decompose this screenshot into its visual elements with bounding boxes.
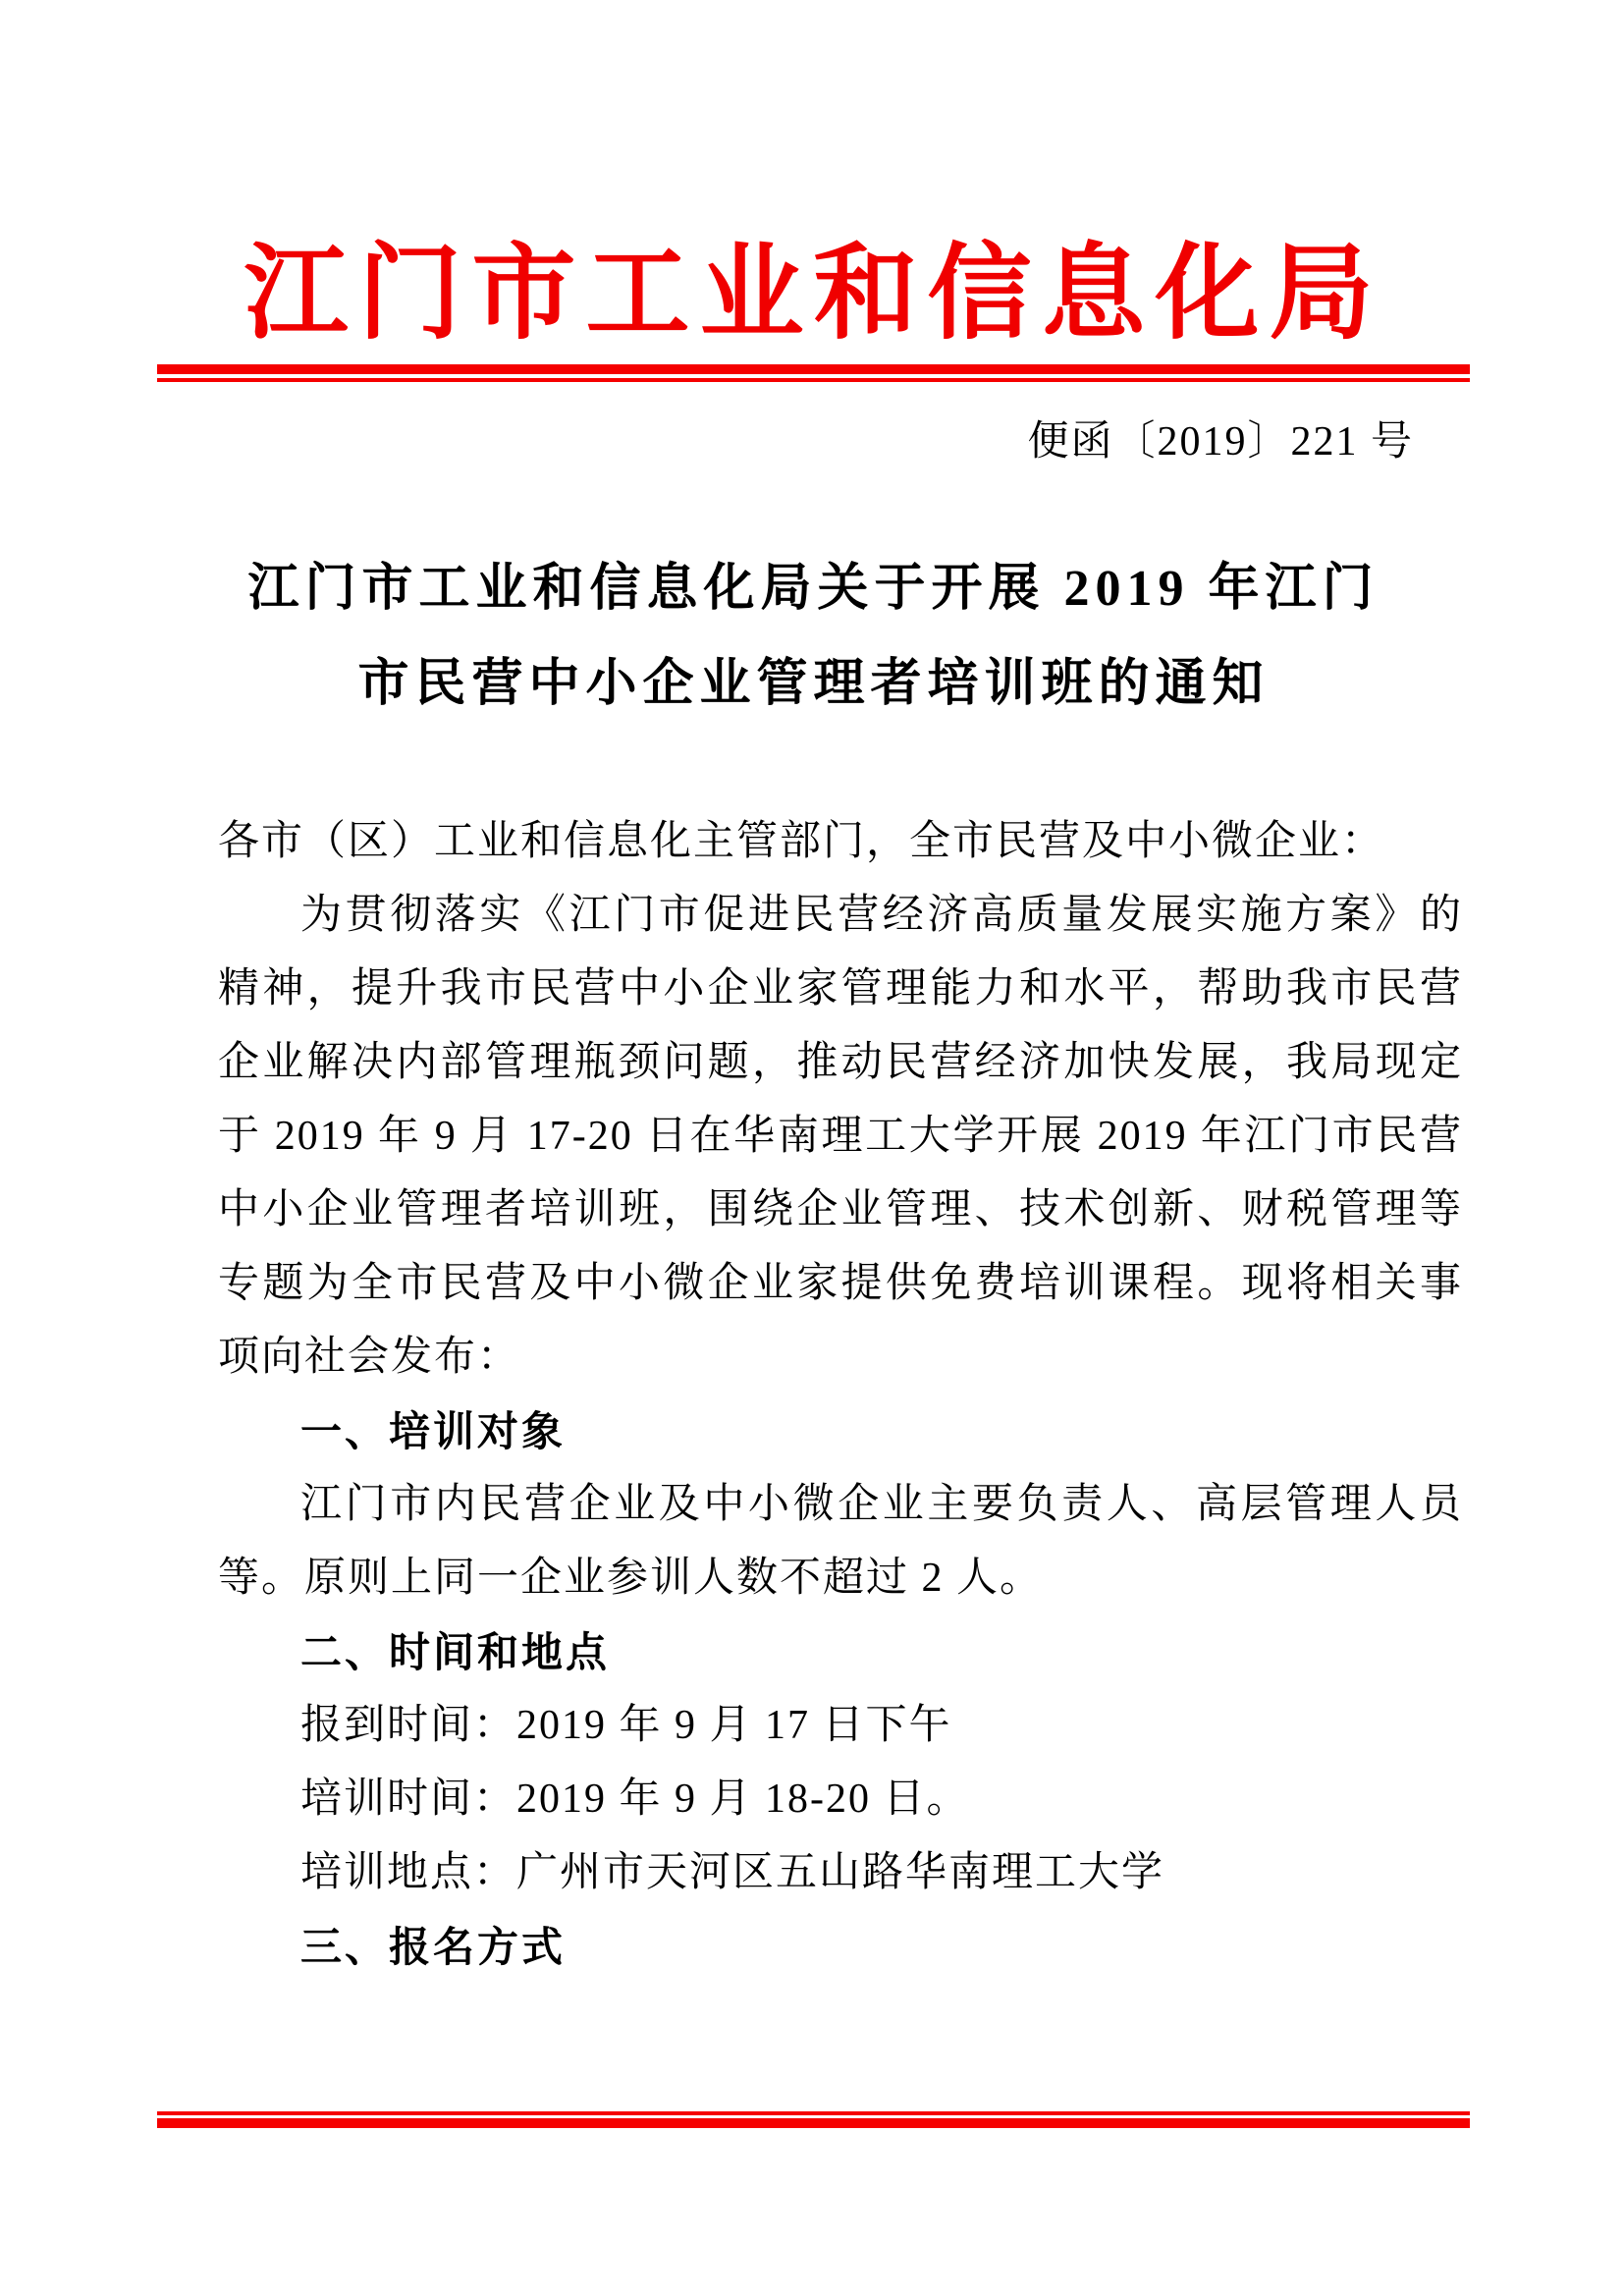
training-time-line: 培训时间：2019 年 9 月 18-20 日。: [218, 1763, 1463, 1836]
document-number: 便函〔2019〕221 号: [157, 416, 1414, 467]
checkin-time-line: 报到时间：2019 年 9 月 17 日下午: [218, 1689, 1463, 1763]
section-heading-2: 二、时间和地点: [218, 1615, 1463, 1689]
letterhead-rule-thick: [157, 364, 1470, 374]
letterhead-agency-name: 江门市工业和信息化局: [157, 236, 1470, 354]
notice-title: 江门市工业和信息化局关于开展 2019 年江门 市民营中小企业管理者培训班的通知: [157, 541, 1470, 732]
notice-title-line2: 市民营中小企业管理者培训班的通知: [157, 636, 1470, 732]
section-heading-1: 一、培训对象: [218, 1394, 1463, 1468]
notice-body: 各市（区）工业和信息化主管部门，全市民营及中小微企业： 为贯彻落实《江门市促进民…: [218, 805, 1463, 1984]
training-location-line: 培训地点：广州市天河区五山路华南理工大学: [218, 1836, 1463, 1910]
salutation-line: 各市（区）工业和信息化主管部门，全市民营及中小微企业：: [218, 805, 1463, 879]
letterhead-rule-thin: [157, 378, 1470, 382]
section-heading-3: 三、报名方式: [218, 1910, 1463, 1984]
intro-paragraph: 为贯彻落实《江门市促进民营经济高质量发展实施方案》的精神，提升我市民营中小企业家…: [218, 879, 1463, 1394]
notice-title-line1: 江门市工业和信息化局关于开展 2019 年江门: [157, 541, 1470, 636]
footer-rule-thin: [157, 2111, 1470, 2115]
notice-page: 江门市工业和信息化局 便函〔2019〕221 号 江门市工业和信息化局关于开展 …: [0, 0, 1623, 2296]
training-audience-paragraph: 江门市内民营企业及中小微企业主要负责人、高层管理人员等。原则上同一企业参训人数不…: [218, 1468, 1463, 1615]
footer-rule-thick: [157, 2118, 1470, 2128]
